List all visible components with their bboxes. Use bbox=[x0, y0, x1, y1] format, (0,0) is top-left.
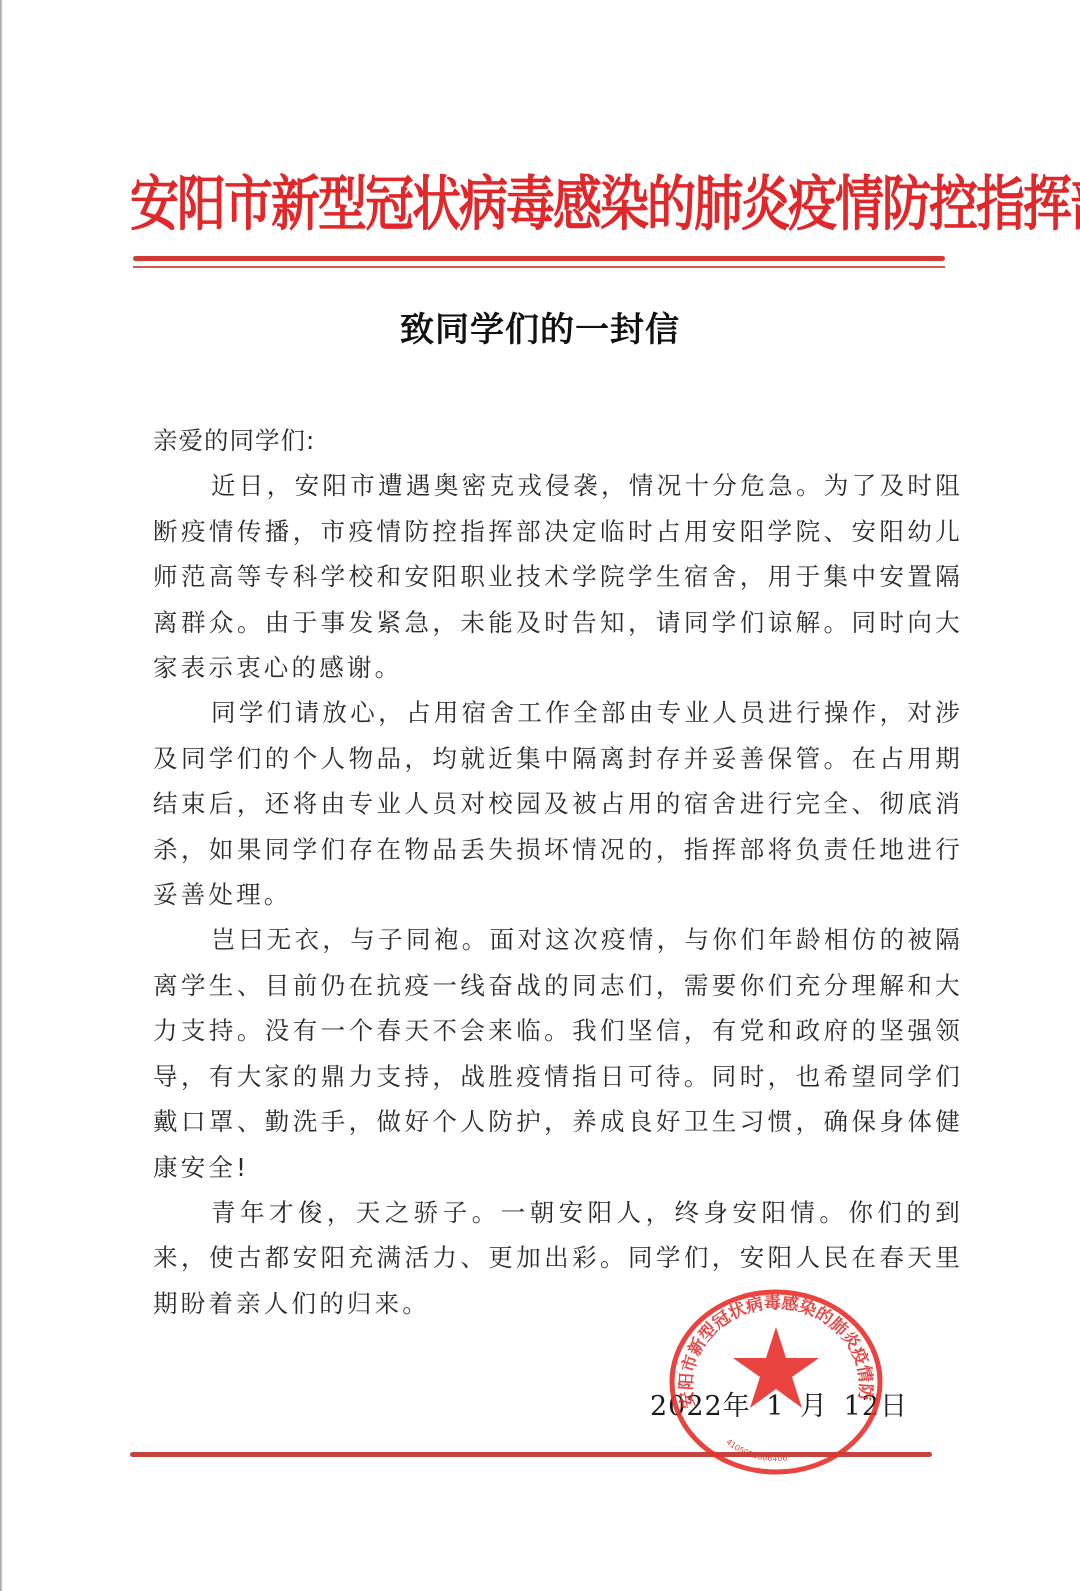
letter-body: 亲爱的同学们: 近日，安阳市遭遇奥密克戎侵袭，情况十分危急。为了及时阻断疫情传播… bbox=[153, 418, 963, 1326]
paragraph-3: 岂曰无衣，与子同袍。面对这次疫情，与你们年龄相仿的被隔离学生、目前仍在抗疫一线奋… bbox=[153, 917, 963, 1189]
masthead-header: 安阳市新型冠状病毒感染的肺炎疫情防控指挥部 bbox=[130, 150, 950, 260]
paragraph-1: 近日，安阳市遭遇奥密克戎侵袭，情况十分危急。为了及时阻断疫情传播，市疫情防控指挥… bbox=[153, 463, 963, 690]
star-icon bbox=[733, 1327, 819, 1408]
official-seal: 安阳市新型冠状病毒感染的肺炎疫情防控指挥部 4105001006406 bbox=[665, 1287, 887, 1477]
letter-title: 致同学们的一封信 bbox=[0, 302, 1080, 351]
masthead-rule-thick bbox=[133, 256, 945, 261]
masthead-rule-thin bbox=[133, 266, 945, 268]
page-edge-shadow bbox=[0, 0, 3, 1591]
salutation: 亲爱的同学们: bbox=[153, 418, 963, 463]
svg-text:4105001006406: 4105001006406 bbox=[724, 1437, 788, 1463]
paragraph-2: 同学们请放心，占用宿舍工作全部由专业人员进行操作，对涉及同学们的个人物品，均就近… bbox=[153, 690, 963, 917]
seal-number: 4105001006406 bbox=[724, 1437, 788, 1463]
letter-page: 安阳市新型冠状病毒感染的肺炎疫情防控指挥部 致同学们的一封信 亲爱的同学们: 近… bbox=[0, 0, 1080, 1591]
